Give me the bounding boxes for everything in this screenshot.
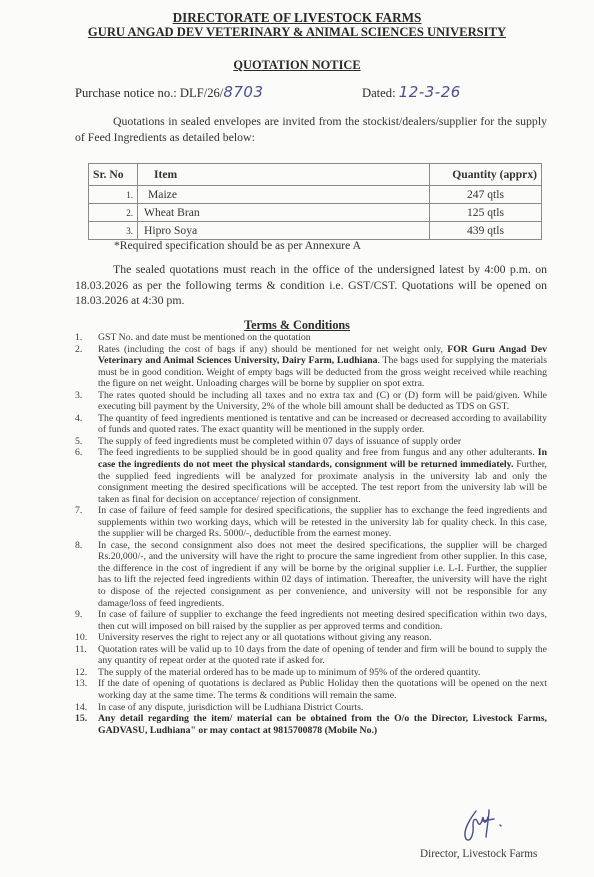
term-item: 5.The supply of feed ingredients must be… bbox=[75, 436, 547, 448]
cell-item: Maize bbox=[138, 186, 430, 204]
term-item: 4.The quantity of feed ingredients menti… bbox=[75, 413, 547, 436]
term-text: In case, the second consignment also doe… bbox=[98, 540, 547, 609]
university-heading-text: GURU ANGAD DEV VETERINARY & ANIMAL SCIEN… bbox=[88, 25, 506, 39]
term-number: 5. bbox=[75, 436, 93, 448]
cell-quantity: 125 qtls bbox=[430, 204, 542, 222]
term-text: Quotation rates will be valid up to 10 d… bbox=[98, 644, 547, 667]
term-item: 10.University reserves the right to reje… bbox=[75, 632, 547, 644]
term-item: 9.In case of failure of supplier to exch… bbox=[75, 609, 547, 632]
term-number: 3. bbox=[75, 390, 93, 402]
term-item: 15.Any detail regarding the item/ materi… bbox=[75, 713, 547, 736]
term-item: 1.GST No. and date must be mentioned on … bbox=[75, 332, 547, 344]
term-number: 13. bbox=[75, 678, 93, 690]
table-row: 2.Wheat Bran125 qtls bbox=[89, 204, 542, 222]
term-item: 7.In case of failure of feed sample for … bbox=[75, 505, 547, 540]
deadline-paragraph: The sealed quotations must reach in the … bbox=[75, 262, 547, 309]
term-item: 12.The supply of the material ordered ha… bbox=[75, 667, 547, 679]
term-text: GST No. and date must be mentioned on th… bbox=[98, 332, 311, 343]
cell-sr-no: 3. bbox=[89, 222, 138, 240]
org-heading-text: DIRECTORATE OF LIVESTOCK FARMS bbox=[173, 10, 422, 25]
purchase-notice-label: Purchase notice no.: DLF/26/ bbox=[75, 86, 223, 100]
items-table: Sr. No Item Quantity (apprx) 1.Maize247 … bbox=[88, 163, 542, 240]
date-label: Dated: bbox=[362, 86, 396, 100]
term-text: In case of any dispute, jurisdiction wil… bbox=[98, 702, 363, 713]
intro-paragraph: Quotations in sealed envelopes are invit… bbox=[75, 114, 547, 145]
term-item: 3.The rates quoted should be including a… bbox=[75, 390, 547, 413]
term-item: 14.In case of any dispute, jurisdiction … bbox=[75, 702, 547, 714]
term-text: Rates (including the cost of bags if any… bbox=[98, 344, 447, 355]
notice-date: Dated: 12-3-26 bbox=[362, 83, 461, 101]
term-item: 13.If the date of opening of quotations … bbox=[75, 678, 547, 701]
term-number: 15. bbox=[75, 713, 93, 725]
cell-quantity: 247 qtls bbox=[430, 186, 542, 204]
term-number: 10. bbox=[75, 632, 93, 644]
term-text: The supply of feed ingredients must be c… bbox=[98, 436, 461, 447]
cell-item: Wheat Bran bbox=[138, 204, 430, 222]
table-row: 1.Maize247 qtls bbox=[89, 186, 542, 204]
handwritten-date: 12-3-26 bbox=[399, 83, 461, 101]
document-title: QUOTATION NOTICE bbox=[0, 58, 594, 73]
term-number: 1. bbox=[75, 332, 93, 344]
term-item: 11.Quotation rates will be valid up to 1… bbox=[75, 644, 547, 667]
term-number: 2. bbox=[75, 344, 93, 356]
term-text: The supply of the material ordered has t… bbox=[98, 667, 481, 678]
term-number: 14. bbox=[75, 702, 93, 714]
document-title-text: QUOTATION NOTICE bbox=[233, 58, 360, 72]
terms-heading-text: Terms & Conditions bbox=[244, 318, 350, 332]
term-text: In case of failure of feed sample for de… bbox=[98, 505, 547, 539]
col-header-sr-no: Sr. No bbox=[89, 164, 138, 186]
term-text: In case of failure of supplier to exchan… bbox=[98, 609, 547, 632]
term-number: 11. bbox=[75, 644, 93, 656]
table-header-row: Sr. No Item Quantity (apprx) bbox=[89, 164, 542, 186]
term-text: The quantity of feed ingredients mention… bbox=[98, 413, 547, 436]
term-item: 6.The feed ingredients to be supplied sh… bbox=[75, 447, 547, 505]
term-text: University reserves the right to reject … bbox=[98, 632, 432, 643]
university-heading: GURU ANGAD DEV VETERINARY & ANIMAL SCIEN… bbox=[0, 25, 594, 40]
cell-sr-no: 2. bbox=[89, 204, 138, 222]
col-header-item: Item bbox=[138, 164, 430, 186]
cell-quantity: 439 qtls bbox=[430, 222, 542, 240]
col-header-quantity: Quantity (apprx) bbox=[430, 164, 542, 186]
signatory-title: Director, Livestock Farms bbox=[420, 848, 537, 860]
term-text: If the date of opening of quotations is … bbox=[98, 678, 547, 701]
signature-mark-icon bbox=[456, 805, 516, 845]
term-item: 8.In case, the second consignment also d… bbox=[75, 540, 547, 609]
specification-footnote: *Required specification should be as per… bbox=[114, 239, 361, 252]
terms-heading: Terms & Conditions bbox=[0, 318, 594, 333]
table-row: 3.Hipro Soya439 qtls bbox=[89, 222, 542, 240]
term-text: The feed ingredients to be supplied shou… bbox=[98, 447, 538, 458]
handwritten-notice-number: 8703 bbox=[223, 83, 263, 101]
term-number: 6. bbox=[75, 447, 93, 459]
org-heading: DIRECTORATE OF LIVESTOCK FARMS bbox=[0, 10, 594, 25]
cell-item: Hipro Soya bbox=[138, 222, 430, 240]
term-text-bold: Any detail regarding the item/ material … bbox=[98, 713, 547, 736]
term-number: 7. bbox=[75, 505, 93, 517]
term-item: 2.Rates (including the cost of bags if a… bbox=[75, 344, 547, 390]
term-text: The rates quoted should be including all… bbox=[98, 390, 547, 413]
term-number: 12. bbox=[75, 667, 93, 679]
term-number: 4. bbox=[75, 413, 93, 425]
term-number: 8. bbox=[75, 540, 93, 552]
cell-sr-no: 1. bbox=[89, 186, 138, 204]
terms-list: 1.GST No. and date must be mentioned on … bbox=[75, 332, 547, 736]
purchase-notice-number: Purchase notice no.: DLF/26/8703 bbox=[75, 83, 264, 101]
term-number: 9. bbox=[75, 609, 93, 621]
